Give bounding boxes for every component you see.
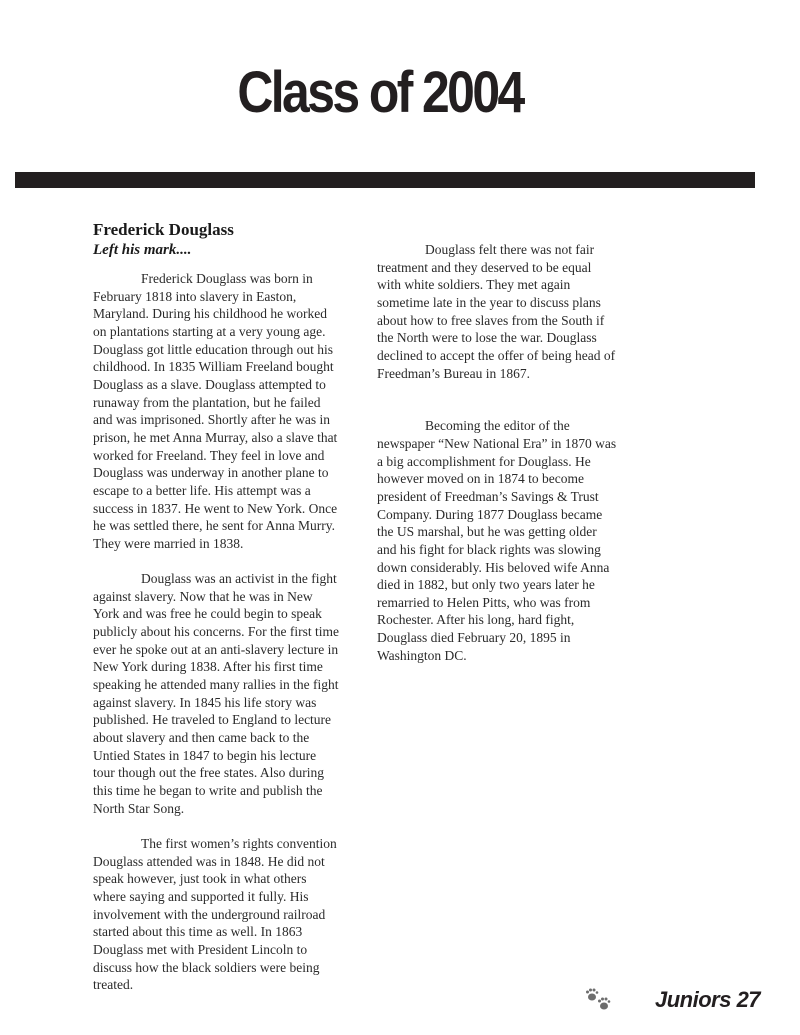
article-heading: Frederick Douglass (93, 220, 341, 240)
article-paragraph: Douglass was an activist in the fight ag… (93, 570, 341, 817)
page-title: Class of 2004 (53, 58, 707, 128)
paw-prints-icon (585, 987, 615, 1013)
article-right-column: Douglass felt there was not fair treatme… (377, 241, 617, 699)
article-subheading: Left his mark.... (93, 240, 341, 260)
article-paragraph: The first women’s rights convention Doug… (93, 835, 341, 994)
article-paragraph: Douglass felt there was not fair treatme… (377, 241, 617, 382)
article-paragraph: Frederick Douglass was born in February … (93, 270, 341, 553)
header-divider-bar (15, 172, 755, 188)
page-footer: Juniors 27 (585, 985, 760, 1015)
article-paragraph: Becoming the editor of the newspaper “Ne… (377, 417, 617, 664)
page-number-label: Juniors 27 (655, 987, 760, 1013)
article-left-column: Frederick Douglass Left his mark.... Fre… (93, 220, 341, 1012)
